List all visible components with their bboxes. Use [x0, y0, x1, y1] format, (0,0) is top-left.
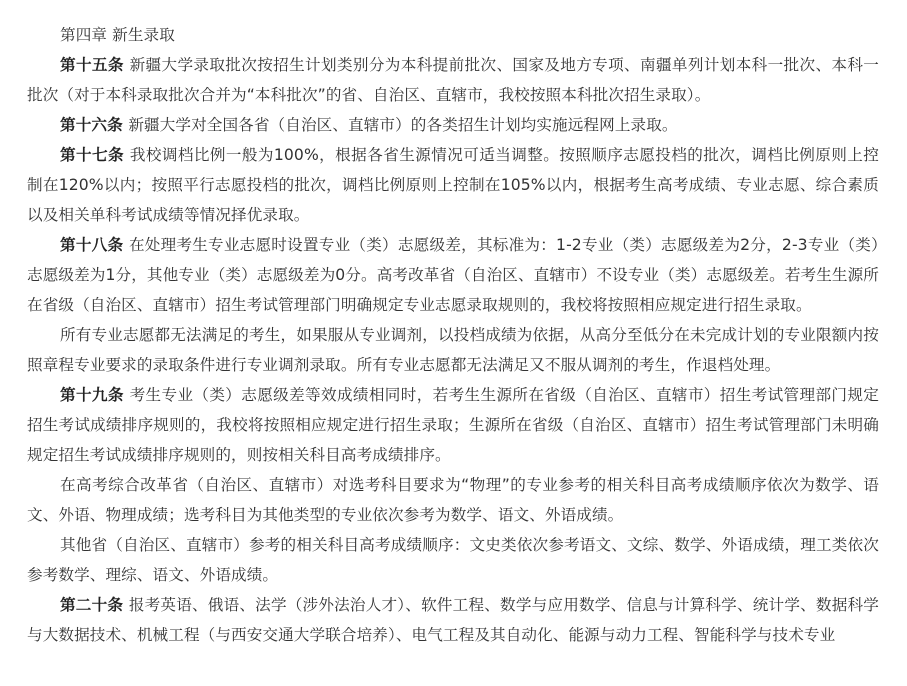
article-20: 第二十条 报考英语、俄语、法学（涉外法治人才）、软件工程、数学与应用数学、信息与…: [27, 590, 879, 650]
article-label: 第十七条: [60, 146, 130, 164]
article-text: 报考英语、俄语、法学（涉外法治人才）、软件工程、数学与应用数学、信息与计算科学、…: [27, 596, 879, 644]
article-label: 第十六条: [60, 116, 128, 134]
chapter-title: 第四章 新生录取: [60, 26, 175, 44]
article-18-paragraph-2: 所有专业志愿都无法满足的考生，如果服从专业调剂，以投档成绩为依据，从高分至低分在…: [27, 320, 879, 380]
article-text: 新疆大学对全国各省（自治区、直辖市）的各类招生计划均实施远程网上录取。: [128, 116, 677, 134]
paragraph-text: 所有专业志愿都无法满足的考生，如果服从专业调剂，以投档成绩为依据，从高分至低分在…: [27, 326, 879, 374]
article-17: 第十七条 我校调档比例一般为100%，根据各省生源情况可适当调整。按照顺序志愿投…: [27, 140, 879, 230]
chapter-heading: 第四章 新生录取: [27, 20, 879, 50]
article-text: 考生专业（类）志愿级差等效成绩相同时，若考生生源所在省级（自治区、直辖市）招生考…: [27, 386, 879, 464]
article-15: 第十五条 新疆大学录取批次按招生计划类别分为本科提前批次、国家及地方专项、南疆单…: [27, 50, 879, 110]
article-label: 第十九条: [60, 386, 130, 404]
article-text: 我校调档比例一般为100%，根据各省生源情况可适当调整。按照顺序志愿投档的批次，…: [27, 146, 879, 224]
article-16: 第十六条 新疆大学对全国各省（自治区、直辖市）的各类招生计划均实施远程网上录取。: [27, 110, 879, 140]
article-19-paragraph-2: 在高考综合改革省（自治区、直辖市）对选考科目要求为“物理”的专业参考的相关科目高…: [27, 470, 879, 530]
paragraph-text: 其他省（自治区、直辖市）参考的相关科目高考成绩顺序：文史类依次参考语文、文综、数…: [27, 536, 879, 584]
article-text: 在处理考生专业志愿时设置专业（类）志愿级差，其标准为：1-2专业（类）志愿级差为…: [27, 236, 879, 314]
document-body: 第四章 新生录取 第十五条 新疆大学录取批次按招生计划类别分为本科提前批次、国家…: [27, 20, 879, 650]
article-19-paragraph-3: 其他省（自治区、直辖市）参考的相关科目高考成绩顺序：文史类依次参考语文、文综、数…: [27, 530, 879, 590]
article-text: 新疆大学录取批次按招生计划类别分为本科提前批次、国家及地方专项、南疆单列计划本科…: [27, 56, 879, 104]
article-label: 第二十条: [60, 596, 129, 614]
article-18: 第十八条 在处理考生专业志愿时设置专业（类）志愿级差，其标准为：1-2专业（类）…: [27, 230, 879, 320]
article-19: 第十九条 考生专业（类）志愿级差等效成绩相同时，若考生生源所在省级（自治区、直辖…: [27, 380, 879, 470]
article-label: 第十五条: [60, 56, 130, 74]
paragraph-text: 在高考综合改革省（自治区、直辖市）对选考科目要求为“物理”的专业参考的相关科目高…: [27, 476, 879, 524]
article-label: 第十八条: [60, 236, 129, 254]
